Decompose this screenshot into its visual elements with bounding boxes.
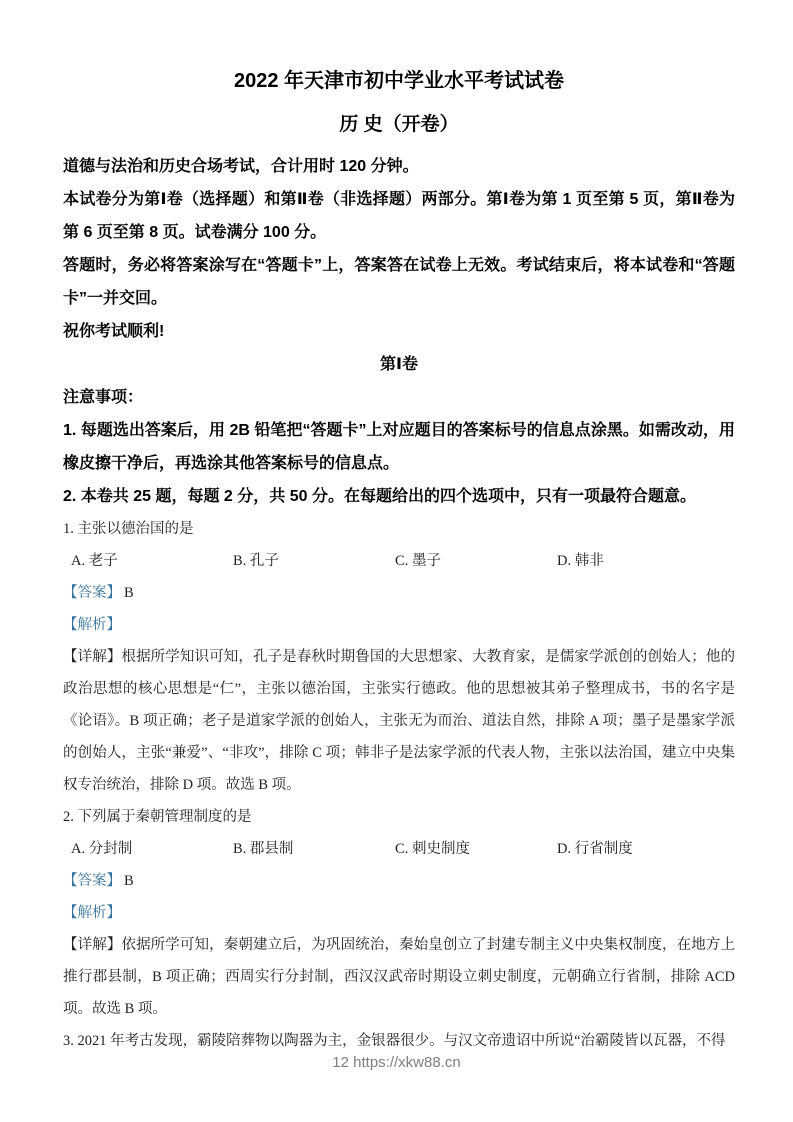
question-1-options: A. 老子 B. 孔子 C. 墨子 D. 韩非 (63, 545, 735, 577)
source-url[interactable]: https://xkw88.cn (353, 1054, 461, 1071)
detail-text: 根据所学知识可知，孔子是春秋时期鲁国的大思想家、大教育家，是儒家学派创的创始人；… (63, 649, 735, 793)
page-subtitle: 历 史（开卷） (63, 110, 735, 140)
question-2-option-b: B. 郡县制 (233, 833, 395, 865)
answer-value: B (124, 585, 134, 601)
analysis-label: 【解析】 (63, 617, 121, 633)
exam-info-answer-sheet: 答题时，务必将答案涂写在“答题卡”上，答案答在试卷上无效。考试结束后，将本试卷和… (63, 249, 735, 315)
question-1: 1. 主张以德治国的是 A. 老子 B. 孔子 C. 墨子 D. 韩非 【答案】… (63, 513, 735, 801)
question-1-analysis-line: 【解析】 (63, 609, 735, 641)
page-title: 2022 年天津市初中学业水平考试试卷 (63, 66, 735, 96)
answer-value: B (124, 873, 134, 889)
notice-item-2: 2. 本卷共 25 题，每题 2 分，共 50 分。在每题给出的四个选项中，只有… (63, 480, 735, 513)
document-content: 2022 年天津市初中学业水平考试试卷 历 史（开卷） 道德与法治和历史合场考试… (0, 0, 793, 1057)
question-1-option-d: D. 韩非 (557, 545, 735, 577)
question-2-option-d: D. 行省制度 (557, 833, 735, 865)
question-2-option-a: A. 分封制 (71, 833, 233, 865)
question-1-text: 1. 主张以德治国的是 (63, 513, 735, 545)
question-2-text: 2. 下列属于秦朝管理制度的是 (63, 801, 735, 833)
answer-label: 【答案】 (63, 873, 121, 889)
question-2-option-c: C. 刺史制度 (395, 833, 557, 865)
question-1-option-b: B. 孔子 (233, 545, 395, 577)
exam-info-duration: 道德与法治和历史合场考试，合计用时 120 分钟。 (63, 150, 735, 183)
answer-label: 【答案】 (63, 585, 121, 601)
exam-good-luck: 祝你考试顺利! (63, 315, 735, 348)
detail-text: 依据所学可知，秦朝建立后，为巩固统治，秦始皇创立了封建专制主义中央集权制度，在地… (63, 937, 735, 1017)
detail-label: 【详解】 (63, 937, 121, 953)
question-1-explanation: 【详解】根据所学知识可知，孔子是春秋时期鲁国的大思想家、大教育家，是儒家学派创的… (63, 641, 735, 801)
question-1-answer-line: 【答案】B (63, 577, 735, 609)
question-2: 2. 下列属于秦朝管理制度的是 A. 分封制 B. 郡县制 C. 刺史制度 D.… (63, 801, 735, 1025)
question-2-explanation: 【详解】依据所学可知，秦朝建立后，为巩固统治，秦始皇创立了封建专制主义中央集权制… (63, 929, 735, 1025)
question-2-analysis-line: 【解析】 (63, 897, 735, 929)
analysis-label: 【解析】 (63, 905, 121, 921)
notice-item-1: 1. 每题选出答案后，用 2B 铅笔把“答题卡”上对应题目的答案标号的信息点涂黑… (63, 414, 735, 480)
question-2-answer-line: 【答案】B (63, 865, 735, 897)
page-footer: 12 https://xkw88.cn (0, 1052, 793, 1074)
detail-label: 【详解】 (63, 649, 121, 665)
question-2-options: A. 分封制 B. 郡县制 C. 刺史制度 D. 行省制度 (63, 833, 735, 865)
exam-info-structure: 本试卷分为第Ⅰ卷（选择题）和第Ⅱ卷（非选择题）两部分。第Ⅰ卷为第 1 页至第 5… (63, 183, 735, 249)
notice-heading: 注意事项： (63, 381, 735, 414)
question-1-option-c: C. 墨子 (395, 545, 557, 577)
volume-header: 第Ⅰ卷 (63, 348, 735, 381)
question-1-option-a: A. 老子 (71, 545, 233, 577)
page-number: 12 (332, 1054, 349, 1071)
exam-document-page: 2022 年天津市初中学业水平考试试卷 历 史（开卷） 道德与法治和历史合场考试… (0, 0, 793, 1122)
